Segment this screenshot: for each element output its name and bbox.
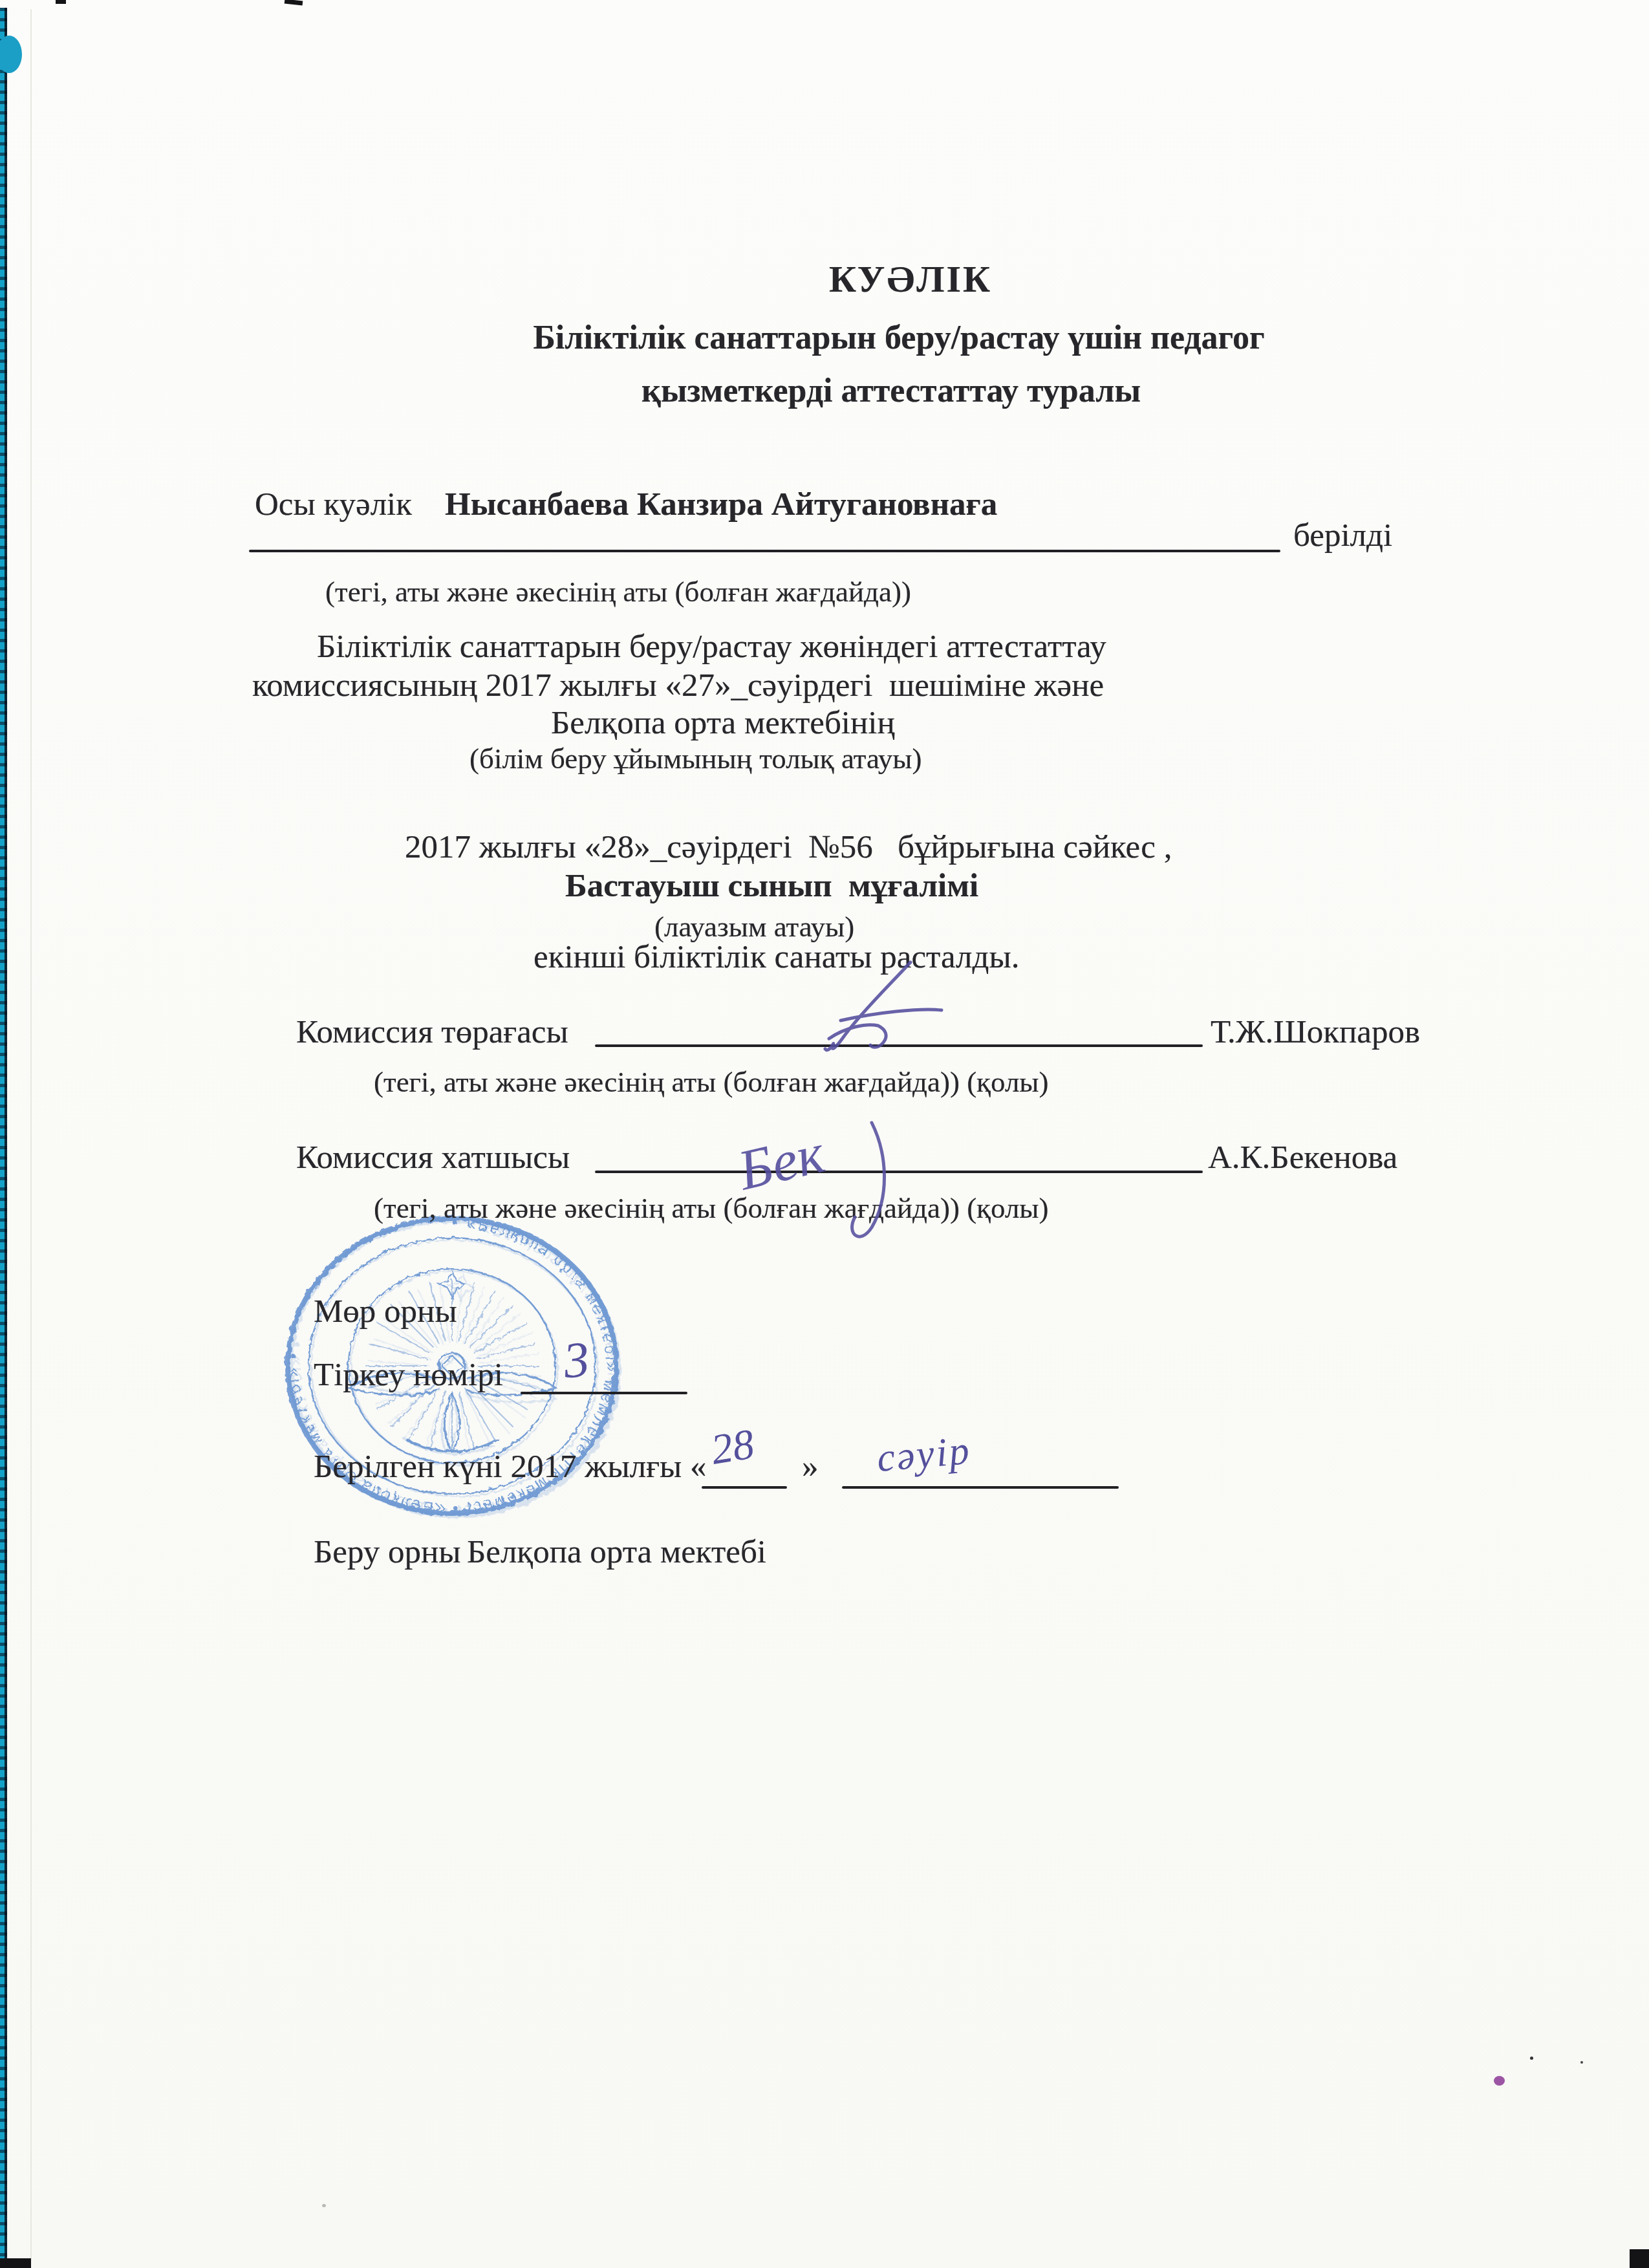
secretary-signature-text: Бек (731, 1122, 830, 1203)
signatures-svg: Бек (0, 0, 1649, 2268)
handwriting-layer: 3 28 сәуір Бек (0, 0, 1649, 2268)
secretary-signature: Бек (731, 1122, 885, 1237)
scanned-certificate-page: • «Белқопа орта мектебі» мемлекеттік мек… (0, 0, 1649, 2268)
chairman-signature (825, 962, 942, 1050)
